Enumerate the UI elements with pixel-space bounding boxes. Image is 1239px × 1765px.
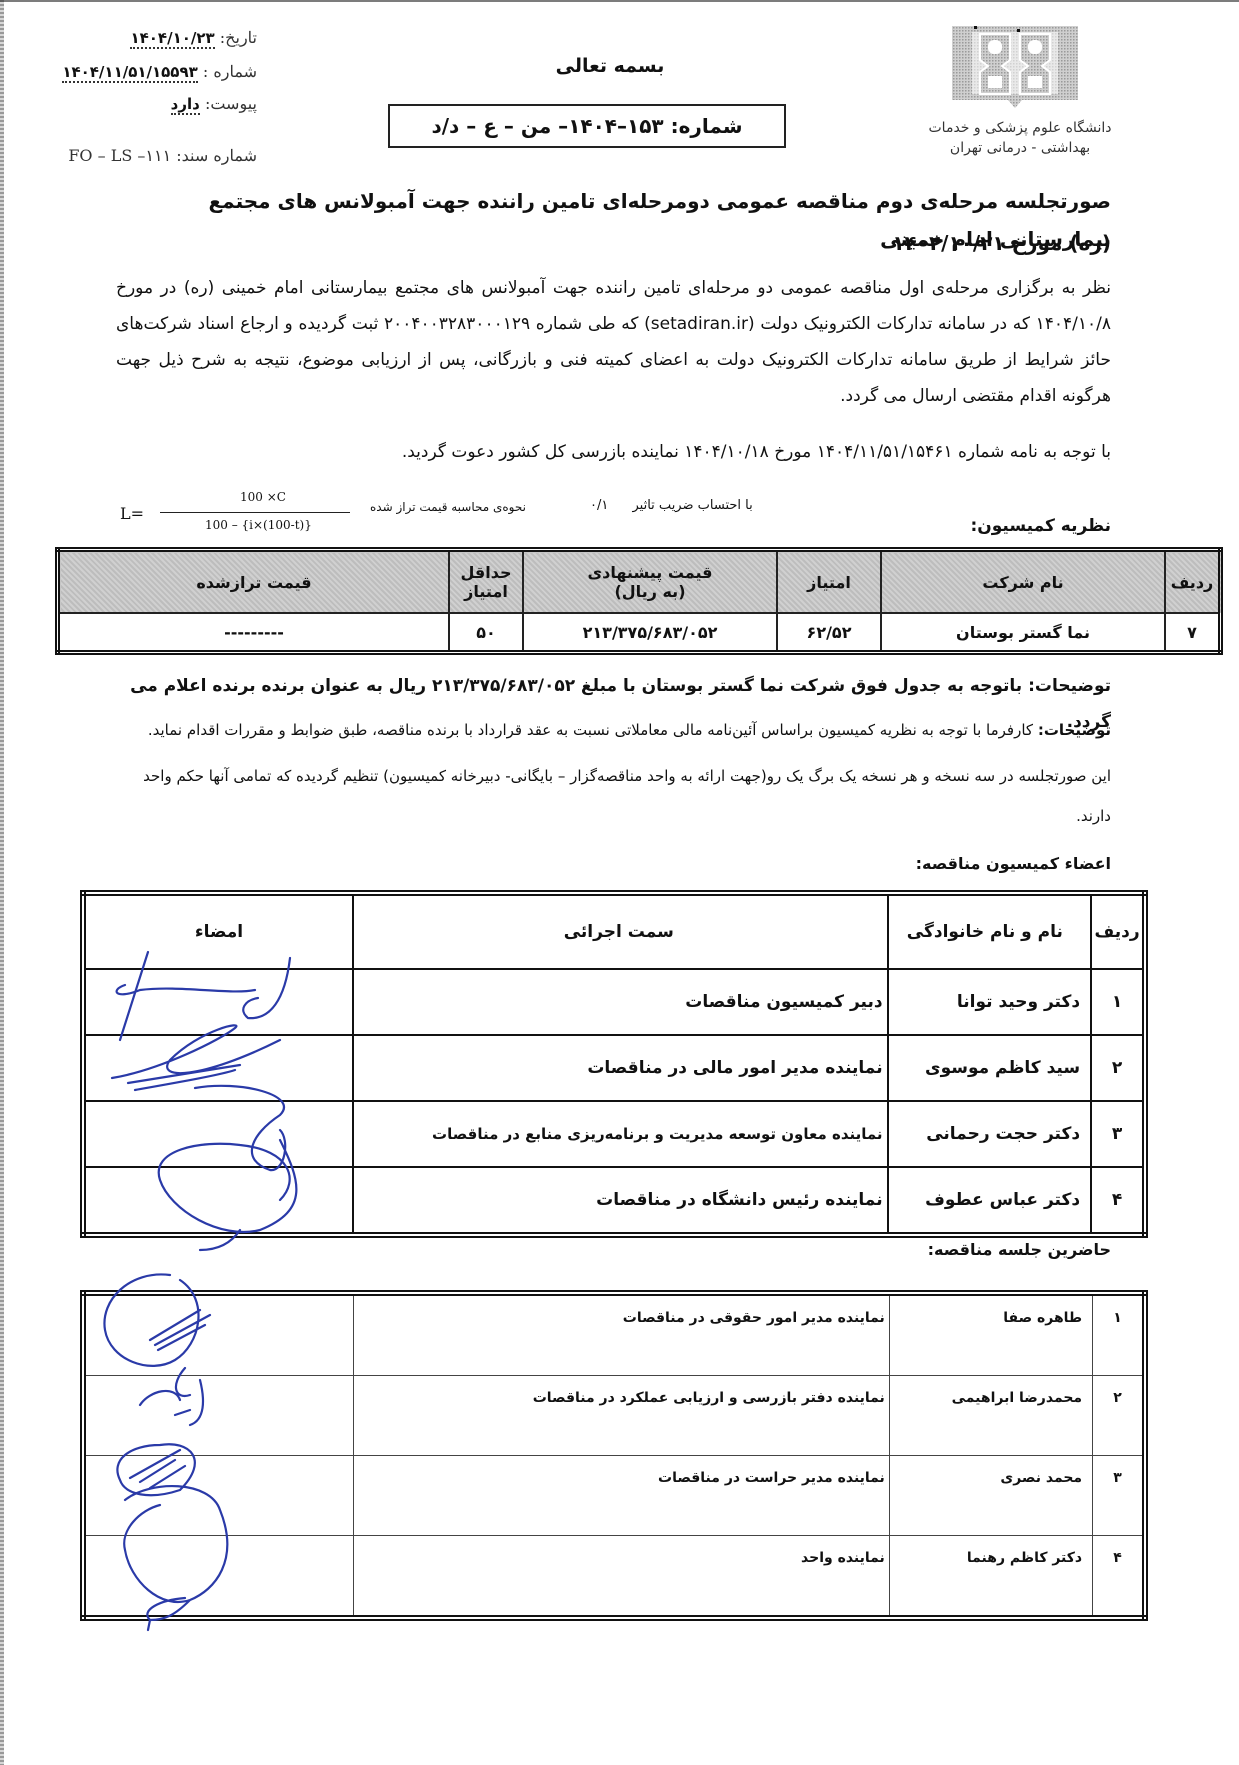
- university-name: دانشگاه علوم پزشکی و خدمات بهداشتی - درم…: [920, 118, 1120, 158]
- intro-paragraph: نظر به برگزاری مرحله‌ی اول مناقصه عمومی …: [116, 270, 1111, 414]
- coefficient-label: با احتساب ضریب تاثیر ۰/۱: [590, 498, 753, 513]
- doc-number-row: شماره سند: FO – LS –۱۱۱: [68, 146, 257, 165]
- table-header-row: ردیف نام شرکت امتیاز قیمت پیشنهادی (به ر…: [58, 550, 1221, 614]
- formula-numerator: 100 ×C: [240, 490, 286, 504]
- col-price-header-line2: (به ریال): [525, 582, 775, 601]
- commission-opinion-label: نظریه کمیسیون:: [970, 516, 1111, 536]
- attachment-row: پیوست: دارد: [171, 94, 257, 113]
- col-leveled-price-header: قیمت ترازشده: [58, 550, 450, 614]
- member-name: دکتر وحید توانا: [888, 969, 1092, 1035]
- date-label: تاریخ:: [220, 28, 257, 47]
- row-index: ۴: [1093, 1536, 1145, 1619]
- committee-members-table: ردیف نام و نام خانوادگی سمت اجرائی امضاء…: [80, 890, 1148, 1238]
- attendee-name: محمد نصری: [889, 1456, 1092, 1536]
- invitation-paragraph: با توجه به نامه شماره ۱۴۰۴/۱۱/۵۱/۱۵۴۶۱ م…: [116, 434, 1111, 470]
- formula-denominator: 100 – {i×(100-t)}: [205, 518, 312, 532]
- note-contract-label: توضیحات:: [1038, 721, 1111, 739]
- doc-number-value: FO – LS –۱۱۱: [68, 146, 171, 165]
- date-value: ۱۴۰۴/۱۰/۲۳: [130, 29, 214, 49]
- bid-evaluation-table: ردیف نام شرکت امتیاز قیمت پیشنهادی (به ر…: [55, 547, 1223, 655]
- col-signature-header: امضاء: [83, 893, 353, 969]
- leveled-price-formula: L= 100 ×C 100 – {i×(100-t)}: [120, 490, 360, 542]
- attendee-name: محمدرضا ابراهیمی: [889, 1376, 1092, 1456]
- formula-lhs: L=: [120, 504, 144, 523]
- table-header-row: ردیف نام و نام خانوادگی سمت اجرائی امضاء: [83, 893, 1145, 969]
- signature-cell: [83, 1376, 354, 1456]
- attachment-value: دارد: [171, 95, 200, 115]
- table-row: ۳ محمد نصری نماینده مدیر حراست در مناقصا…: [83, 1456, 1145, 1536]
- min-score: ۵۰: [449, 613, 523, 653]
- formula-fraction-bar: [160, 512, 350, 513]
- col-role-header: سمت اجرائی: [353, 893, 888, 969]
- row-index: ۱: [1091, 969, 1145, 1035]
- doc-number-label: شماره سند:: [176, 146, 257, 165]
- col-price-header-line1: قیمت پیشنهادی: [525, 563, 775, 582]
- table-row: ۷ نما گستر بوستان ۶۲/۵۲ ۲۱۳/۳۷۵/۶۸۳/۰۵۲ …: [58, 613, 1221, 653]
- university-logo-icon: [950, 18, 1080, 108]
- attendee-role: نماینده دفتر بازرسی و ارزیابی عملکرد در …: [354, 1376, 890, 1456]
- company-name: نما گستر بوستان: [881, 613, 1165, 653]
- col-name-header: نام و نام خانوادگی: [888, 893, 1092, 969]
- member-name: دکتر عباس عطوف: [888, 1167, 1092, 1235]
- col-min-score-header-line2: امتیاز: [451, 582, 521, 601]
- col-price-header: قیمت پیشنهادی (به ریال): [523, 550, 777, 614]
- table-row: ۱ دکتر وحید توانا دبیر کمیسیون مناقصات: [83, 969, 1145, 1035]
- university-name-line2: بهداشتی - درمانی تهران: [920, 138, 1120, 158]
- coefficient-text: با احتساب ضریب تاثیر: [633, 498, 753, 513]
- letter-number-row: شماره : ۱۴۰۴/۱۱/۵۱/۱۵۵۹۳: [62, 62, 257, 81]
- signature-cell: [83, 1293, 354, 1376]
- university-name-line1: دانشگاه علوم پزشکی و خدمات: [920, 118, 1120, 138]
- attendee-name: دکتر کاظم رهنما: [889, 1536, 1092, 1619]
- member-role: نماینده مدیر امور مالی در مناقصات: [353, 1035, 888, 1101]
- note-contract-text: کارفرما با توجه به نظریه کمیسیون براساس …: [148, 721, 1033, 739]
- col-company-header: نام شرکت: [881, 550, 1165, 614]
- row-index: ۴: [1091, 1167, 1145, 1235]
- row-index: ۳: [1093, 1456, 1145, 1536]
- scan-edge: [0, 0, 4, 1765]
- attendee-role: نماینده مدیر امور حقوقی در مناقصات: [354, 1293, 890, 1376]
- col-min-score-header-line1: حداقل: [451, 563, 521, 582]
- col-index-header: ردیف: [1165, 550, 1221, 614]
- row-index: ۱: [1093, 1293, 1145, 1376]
- formula-label: نحوه‌ی محاسبه قیمت تراز شده: [370, 500, 526, 514]
- attendee-role: نماینده واحد: [354, 1536, 890, 1619]
- col-min-score-header: حداقل امتیاز: [449, 550, 523, 614]
- attachment-label: پیوست:: [205, 94, 257, 113]
- note-copies: این صورتجلسه در سه نسخه و هر نسخه یک برگ…: [116, 756, 1111, 836]
- signature-cell: [83, 969, 353, 1035]
- date-row: تاریخ: ۱۴۰۴/۱۰/۲۳: [130, 28, 257, 47]
- committee-label: اعضاء کمیسیون مناقصه:: [916, 854, 1111, 873]
- score: ۶۲/۵۲: [777, 613, 881, 653]
- row-index: ۲: [1093, 1376, 1145, 1456]
- scan-top-edge: [0, 0, 1239, 2]
- attendee-role: نماینده مدیر حراست در مناقصات: [354, 1456, 890, 1536]
- member-role: نماینده معاون توسعه مدیریت و برنامه‌ریزی…: [353, 1101, 888, 1167]
- row-index: ۲: [1091, 1035, 1145, 1101]
- document-title-line2: (ره) مورخ ۱۴۰۴/۱۰/۲۱: [111, 224, 1111, 262]
- table-row: ۱ طاهره صفا نماینده مدیر امور حقوقی در م…: [83, 1293, 1145, 1376]
- col-score-header: امتیاز: [777, 550, 881, 614]
- letter-number-value: ۱۴۰۴/۱۱/۵۱/۱۵۵۹۳: [62, 63, 197, 83]
- member-role: نماینده رئیس دانشگاه در مناقصات: [353, 1167, 888, 1235]
- table-row: ۲ محمدرضا ابراهیمی نماینده دفتر بازرسی و…: [83, 1376, 1145, 1456]
- table-row: ۲ سید کاظم موسوی نماینده مدیر امور مالی …: [83, 1035, 1145, 1101]
- member-name: دکتر حجت رحمانی: [888, 1101, 1092, 1167]
- member-name: سید کاظم موسوی: [888, 1035, 1092, 1101]
- basmala: بسمه تعالی: [480, 55, 740, 77]
- note-contract: توضیحات: کارفرما با توجه به نظریه کمیسیو…: [116, 712, 1111, 748]
- col-index-header: ردیف: [1091, 893, 1145, 969]
- member-role: دبیر کمیسیون مناقصات: [353, 969, 888, 1035]
- row-index: ۳: [1091, 1101, 1145, 1167]
- signature-cell: [83, 1536, 354, 1619]
- attendee-name: طاهره صفا: [889, 1293, 1092, 1376]
- row-index: ۷: [1165, 613, 1221, 653]
- attendees-table: ۱ طاهره صفا نماینده مدیر امور حقوقی در م…: [80, 1290, 1148, 1621]
- signature-cell: [83, 1101, 353, 1167]
- letter-number-label: شماره :: [203, 62, 257, 81]
- table-row: ۴ دکتر کاظم رهنما نماینده واحد: [83, 1536, 1145, 1619]
- proposed-price: ۲۱۳/۳۷۵/۶۸۳/۰۵۲: [523, 613, 777, 653]
- table-row: ۳ دکتر حجت رحمانی نماینده معاون توسعه مد…: [83, 1101, 1145, 1167]
- attendees-label: حاضرین جلسه مناقصه:: [928, 1240, 1111, 1259]
- leveled-price: ---------: [58, 613, 450, 653]
- table-row: ۴ دکتر عباس عطوف نماینده رئیس دانشگاه در…: [83, 1167, 1145, 1235]
- signature-cell: [83, 1035, 353, 1101]
- coefficient-value: ۰/۱: [590, 498, 608, 513]
- session-number-box: شماره: ۱۵۳–۱۴۰۴– من – ع – د/د: [388, 104, 786, 148]
- signature-cell: [83, 1167, 353, 1235]
- signature-cell: [83, 1456, 354, 1536]
